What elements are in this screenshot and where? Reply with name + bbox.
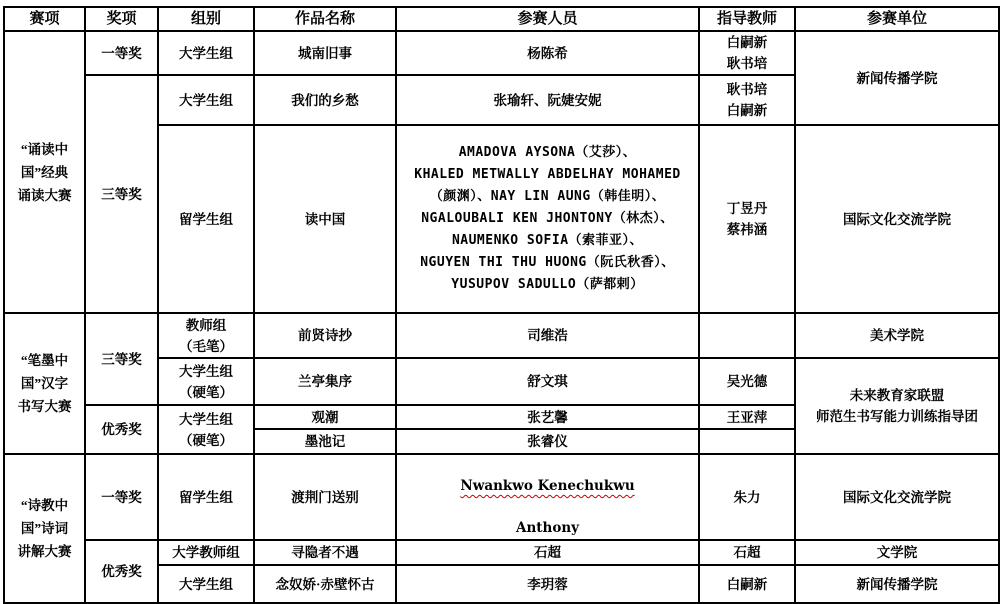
header-work: 作品名称 xyxy=(254,7,396,31)
table-row: “诵读中 国”经典 诵读大赛 一等奖 大学生组 城南旧事 杨陈希 白嗣新 耿书培… xyxy=(4,31,999,75)
participants-cell: 司维浩 xyxy=(396,313,699,358)
award-cell: 三等奖 xyxy=(85,75,158,313)
header-event: 赛项 xyxy=(4,7,85,31)
work-cell: 墨池记 xyxy=(254,429,396,454)
participant-name-rest: Anthony xyxy=(516,520,579,536)
header-group: 组别 xyxy=(158,7,254,31)
teachers-cell: 白嗣新 xyxy=(699,565,795,572)
participants-cell: AMADOVA AYSONA（艾莎）、 KHALED METWALLY ABDE… xyxy=(396,125,699,313)
work-cell: 读中国 xyxy=(254,125,396,313)
unit-cell: 美术学院 xyxy=(795,313,999,358)
group-cell: 留学生组 xyxy=(158,125,254,313)
table-row: “笔墨中 国”汉字 书写大赛 三等奖 教师组 （毛笔） 前贤诗抄 司维浩 美术学… xyxy=(4,313,999,358)
teachers-cell: 白嗣新 耿书培 xyxy=(699,31,795,75)
work-cell: 前贤诗抄 xyxy=(254,313,396,358)
work-cell: 寻隐者不遇 xyxy=(254,540,396,565)
teachers-cell xyxy=(699,313,795,358)
participants-cell: 张瑜轩、阮婕安妮 xyxy=(396,75,699,125)
participants-cell: 杨陈希 xyxy=(396,31,699,75)
unit-cell: 未来教育家联盟 师范生书写能力训练指导团 xyxy=(795,358,999,454)
unit-cell: 文学院 xyxy=(795,540,999,565)
event-cell: “诵读中 国”经典 诵读大赛 xyxy=(4,31,85,313)
work-cell: 念奴娇·赤壁怀古 xyxy=(254,565,396,572)
teachers-cell: 朱力 xyxy=(699,454,795,540)
award-cell: 优秀奖 xyxy=(85,540,158,572)
work-cell: 渡荆门送别 xyxy=(254,454,396,540)
group-cell: 大学教师组 xyxy=(158,540,254,565)
group-cell: 留学生组 xyxy=(158,454,254,540)
teachers-cell xyxy=(699,429,795,454)
teachers-cell: 石超 xyxy=(699,540,795,565)
header-unit: 参赛单位 xyxy=(795,7,999,31)
unit-cell: 新闻传播学院 xyxy=(795,565,999,572)
event-cell: “诗教中 国”诗词 讲解大赛 xyxy=(4,454,85,572)
unit-cell: 新闻传播学院 xyxy=(795,31,999,125)
header-award: 奖项 xyxy=(85,7,158,31)
group-cell: 大学生组 xyxy=(158,31,254,75)
group-cell: 大学生组 xyxy=(158,565,254,572)
teachers-cell: 耿书培 白嗣新 xyxy=(699,75,795,125)
participants-cell: 舒文琪 xyxy=(396,358,699,405)
unit-cell: 国际文化交流学院 xyxy=(795,454,999,540)
award-cell: 一等奖 xyxy=(85,31,158,75)
award-cell: 三等奖 xyxy=(85,313,158,405)
unit-cell: 国际文化交流学院 xyxy=(795,125,999,313)
work-cell: 兰亭集序 xyxy=(254,358,396,405)
header-participants: 参赛人员 xyxy=(396,7,699,31)
table-row: 优秀奖 大学教师组 寻隐者不遇 石超 石超 文学院 xyxy=(4,540,999,565)
teachers-cell: 吴光德 xyxy=(699,358,795,405)
group-cell: 大学生组 （硬笔） xyxy=(158,358,254,405)
work-cell: 我们的乡愁 xyxy=(254,75,396,125)
participants-cell: Nwankwo Kenechukwu Anthony xyxy=(396,454,699,540)
teachers-cell: 丁昱丹 蔡祎涵 xyxy=(699,125,795,313)
participants-cell: 李玥蓉 xyxy=(396,565,699,572)
award-cell: 优秀奖 xyxy=(85,405,158,454)
participants-cell: 张睿仪 xyxy=(396,429,699,454)
award-cell: 一等奖 xyxy=(85,454,158,540)
teachers-cell: 王亚萍 xyxy=(699,405,795,429)
work-cell: 观潮 xyxy=(254,405,396,429)
table-row: “诗教中 国”诗词 讲解大赛 一等奖 留学生组 渡荆门送别 Nwankwo Ke… xyxy=(4,454,999,540)
event-cell: “笔墨中 国”汉字 书写大赛 xyxy=(4,313,85,454)
participants-cell: 张艺馨 xyxy=(396,405,699,429)
header-row: 赛项 奖项 组别 作品名称 参赛人员 指导教师 参赛单位 xyxy=(4,7,999,31)
group-cell: 大学生组 （硬笔） xyxy=(158,405,254,454)
group-cell: 教师组 （毛笔） xyxy=(158,313,254,358)
awards-table: 赛项 奖项 组别 作品名称 参赛人员 指导教师 参赛单位 “诵读中 国”经典 诵… xyxy=(3,6,1000,572)
work-cell: 城南旧事 xyxy=(254,31,396,75)
header-teachers: 指导教师 xyxy=(699,7,795,31)
participant-name-misspelled: Nwankwo Kenechukwu xyxy=(460,478,634,494)
participants-cell: 石超 xyxy=(396,540,699,565)
group-cell: 大学生组 xyxy=(158,75,254,125)
